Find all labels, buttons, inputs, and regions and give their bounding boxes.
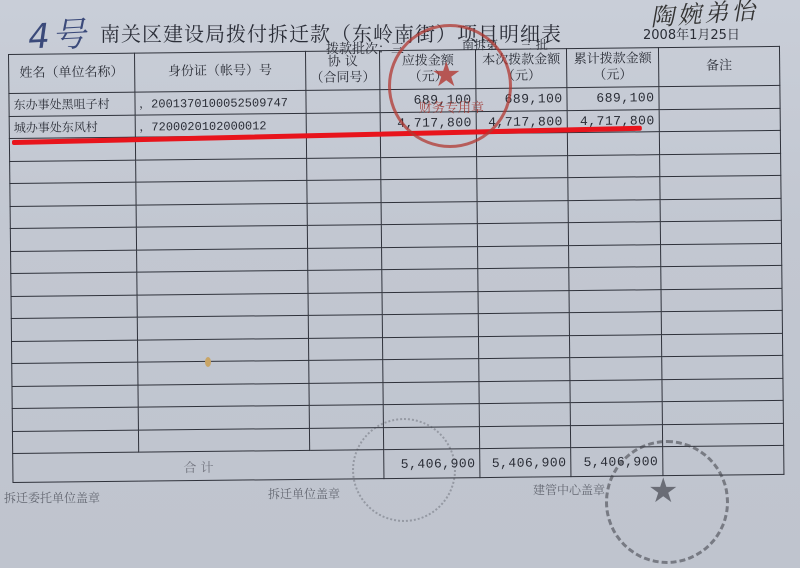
empty-cell: [661, 265, 782, 289]
header-note: 备注: [658, 46, 779, 86]
empty-cell: [661, 243, 782, 267]
empty-cell: [383, 359, 479, 383]
empty-cell: [661, 333, 782, 357]
empty-cell: [136, 248, 308, 272]
empty-cell: [12, 407, 138, 431]
star-icon: ★: [431, 55, 461, 95]
cell-contract: [306, 90, 381, 113]
document-date: 2008年1月25日: [643, 24, 740, 43]
empty-cell: [477, 133, 568, 156]
empty-cell: [660, 220, 781, 244]
empty-cell: [307, 202, 382, 225]
empty-cell: [138, 383, 310, 407]
empty-cell: [661, 310, 782, 334]
empty-cell: [383, 381, 479, 405]
handwritten-number: 4号: [27, 6, 89, 58]
cell-id: ，2001370100052509747: [135, 90, 307, 114]
empty-cell: [569, 289, 661, 312]
empty-cell: [10, 182, 136, 206]
empty-cell: [477, 178, 568, 201]
empty-cell: [568, 154, 660, 177]
finance-seal: ★ 财务专用章: [388, 24, 512, 148]
header-contract: 协 议 （合同号）: [305, 51, 380, 91]
empty-cell: [308, 247, 383, 270]
total-amount-current: 5,406,900: [480, 448, 571, 478]
empty-cell: [307, 225, 382, 248]
empty-cell: [479, 380, 570, 403]
cell-name: 东办事处黑咀子村: [9, 92, 135, 116]
empty-cell: [11, 250, 137, 274]
star-icon: ★: [648, 471, 678, 511]
empty-cell: [382, 269, 478, 293]
empty-cell: [12, 430, 138, 454]
empty-cell: [569, 244, 661, 267]
empty-cell: [479, 335, 570, 358]
empty-cell: [309, 382, 384, 405]
empty-cell: [138, 428, 310, 452]
empty-cell: [308, 315, 383, 338]
empty-cell: [11, 317, 137, 341]
empty-cell: [382, 291, 478, 315]
empty-cell: [135, 180, 307, 204]
empty-cell: [660, 153, 781, 177]
empty-cell: [308, 292, 383, 315]
empty-cell: [11, 295, 137, 319]
empty-cell: [662, 400, 783, 424]
empty-cell: [136, 203, 308, 227]
empty-cell: [137, 360, 309, 384]
empty-cell: [478, 290, 569, 313]
empty-cell: [381, 156, 477, 180]
empty-cell: [138, 405, 310, 429]
empty-cell: [137, 315, 309, 339]
empty-cell: [12, 340, 138, 364]
empty-cell: [10, 205, 136, 229]
empty-cell: [568, 177, 660, 200]
empty-cell: [478, 313, 569, 336]
empty-cell: [309, 360, 384, 383]
construction-center-seal-label: 建管中心盖章: [533, 481, 605, 498]
empty-cell: [477, 200, 568, 223]
empty-cell: [136, 225, 308, 249]
faint-seal: [352, 418, 456, 522]
empty-cell: [136, 270, 308, 294]
empty-cell: [10, 160, 136, 184]
paper-stain: [205, 357, 211, 367]
empty-cell: [308, 337, 383, 360]
empty-cell: [135, 158, 307, 182]
header-name: 姓名（单位名称）: [9, 53, 135, 93]
empty-cell: [478, 245, 569, 268]
header-id: 身份证（帐号）号: [134, 51, 306, 92]
empty-cell: [306, 135, 381, 158]
empty-cell: [307, 157, 382, 180]
empty-cell: [478, 268, 569, 291]
empty-cell: [662, 378, 783, 402]
header-amount-cumulative: 累计拨款金额 （元）: [567, 48, 659, 88]
empty-cell: [477, 155, 568, 178]
empty-cell: [480, 425, 571, 448]
empty-cell: [383, 314, 479, 338]
empty-cell: [477, 223, 568, 246]
construction-center-seal: ★: [605, 440, 729, 564]
empty-cell: [568, 132, 660, 155]
empty-cell: [479, 403, 570, 426]
empty-cell: [383, 336, 479, 360]
empty-cell: [568, 199, 660, 222]
empty-cell: [307, 180, 382, 203]
empty-cell: [660, 198, 781, 222]
empty-cell: [568, 222, 660, 245]
empty-cell: [660, 175, 781, 199]
empty-cell: [570, 357, 662, 380]
entrusting-unit-seal-label: 拆迁委托单位盖章: [4, 489, 100, 506]
empty-cell: [11, 272, 137, 296]
empty-cell: [308, 270, 383, 293]
empty-cell: [309, 405, 384, 428]
empty-cell: [137, 338, 309, 362]
empty-cell: [382, 224, 478, 248]
empty-cell: [10, 227, 136, 251]
empty-cell: [570, 334, 662, 357]
empty-cell: [659, 130, 780, 154]
empty-cell: [479, 358, 570, 381]
empty-cell: [137, 293, 309, 317]
cell-note: [659, 108, 780, 132]
empty-cell: [12, 385, 138, 409]
empty-cell: [12, 362, 138, 386]
empty-cell: [570, 379, 662, 402]
total-label: 合 计: [13, 450, 385, 483]
cell-note: [659, 85, 780, 109]
empty-cell: [661, 288, 782, 312]
seal-text: 财务专用章: [419, 97, 484, 116]
cell-amount-cumulative: 689,100: [567, 87, 659, 110]
empty-cell: [569, 267, 661, 290]
empty-cell: [382, 246, 478, 270]
cell-name: 城办事处东风村: [9, 115, 135, 139]
empty-cell: [570, 402, 662, 425]
empty-cell: [381, 201, 477, 225]
empty-cell: [381, 179, 477, 203]
demolition-unit-seal-label: 拆迁单位盖章: [268, 485, 340, 502]
empty-cell: [662, 355, 783, 379]
empty-cell: [569, 312, 661, 335]
